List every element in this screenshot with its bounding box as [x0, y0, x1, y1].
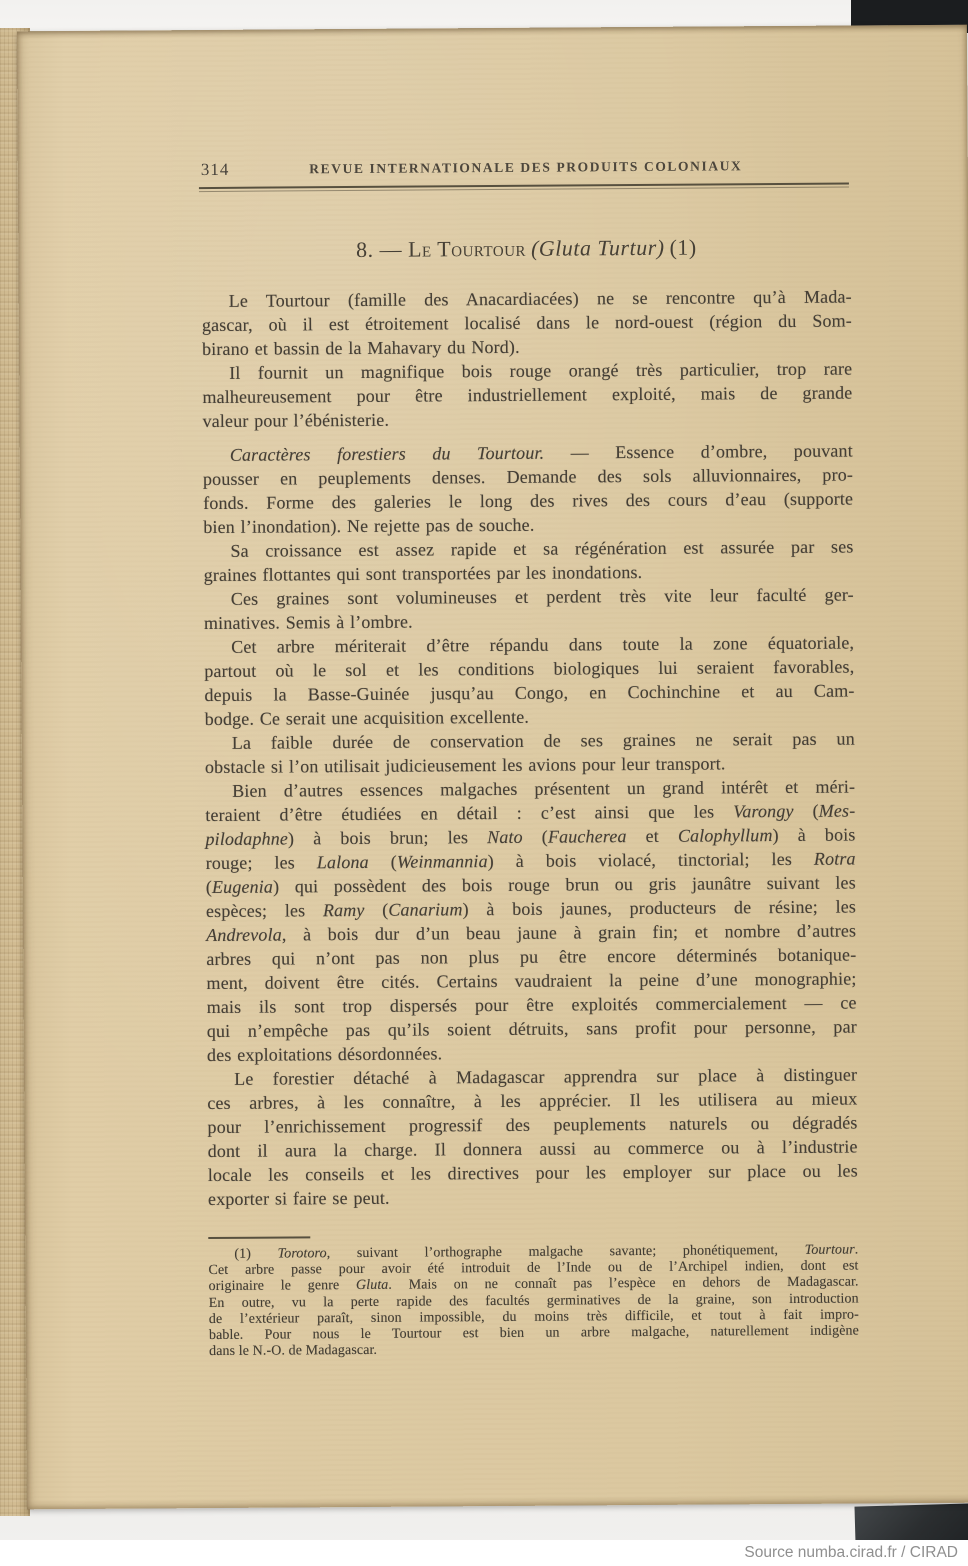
paragraph: Sa croissance est assez rapide et sa rég… — [203, 535, 853, 588]
source-attribution-text: Source numba.cirad.fr / CIRAD — [0, 1540, 968, 1565]
scanned-document-view: 314 REVUE INTERNATIONALE DES PRODUITS CO… — [0, 0, 968, 1566]
text-line: Ces graines sont volumineuses et perdent… — [204, 583, 854, 612]
article-body: Le Tourtour (famille des Anacardiacées) … — [202, 285, 858, 1212]
paragraph: Caractères forestiers du Tourtour. — Ess… — [203, 439, 854, 540]
article-latin-name: (Gluta Turtur) — [531, 235, 665, 261]
footnote: (1) Torotoro, suivant l’orthographe malg… — [208, 1242, 859, 1360]
paragraph: Le Tourtour (famille des Anacardiacées) … — [202, 285, 852, 362]
text-line: locale les conseils et les directives po… — [208, 1158, 858, 1187]
text-line: La faible durée de conservation de ses g… — [205, 727, 855, 756]
paragraph: Le forestier détaché à Madagascar appren… — [207, 1062, 858, 1211]
text-line: malheureusement pour être industrielleme… — [202, 381, 852, 410]
paragraph: (1) Torotoro, suivant l’orthographe malg… — [208, 1242, 859, 1360]
header-rule — [199, 183, 849, 193]
text-line: gascar, où il est étroitement localisé d… — [202, 309, 852, 338]
text-line: depuis la Basse-Guinée jusqu’au Congo, e… — [204, 679, 854, 708]
article-heading: 8. —Le Tourtour(Gluta Turtur)(1) — [201, 234, 851, 265]
paragraph: Il fournit un magnifique bois rouge oran… — [202, 357, 852, 434]
footnote-rule — [208, 1236, 310, 1239]
book-page: 314 REVUE INTERNATIONALE DES PRODUITS CO… — [17, 25, 968, 1510]
article-title: Le Tourtour — [408, 236, 526, 262]
text-line: dans le N.-O. de Madagascar. — [209, 1340, 859, 1361]
paragraph: Cet arbre mériterait d’être répandu dans… — [204, 631, 855, 732]
scanner-dark-object — [854, 1503, 968, 1544]
article-number: 8. — — [356, 237, 402, 262]
page-number: 314 — [201, 160, 230, 180]
journal-title: REVUE INTERNATIONALE DES PRODUITS COLONI… — [201, 156, 851, 179]
text-line: fonds. Forme des galeries le long des ri… — [203, 487, 853, 516]
text-line: qui n’empêche pas qu’ils soient détruits… — [207, 1014, 857, 1043]
text-line: valeur pour l’ébénisterie. — [202, 405, 852, 434]
footnote-reference: (1) — [669, 235, 696, 260]
paragraph: Bien d’autres essences malgaches présent… — [205, 775, 857, 1068]
text-line: exporter si faire se peut. — [208, 1182, 858, 1211]
paragraph: La faible durée de conservation de ses g… — [205, 727, 855, 780]
running-head: 314 REVUE INTERNATIONALE DES PRODUITS CO… — [201, 156, 851, 183]
text-line: Sa croissance est assez rapide et sa rég… — [203, 535, 853, 564]
source-attribution-bar: Source numba.cirad.fr / CIRAD — [0, 1540, 968, 1566]
paragraph: Ces graines sont volumineuses et perdent… — [204, 583, 854, 636]
